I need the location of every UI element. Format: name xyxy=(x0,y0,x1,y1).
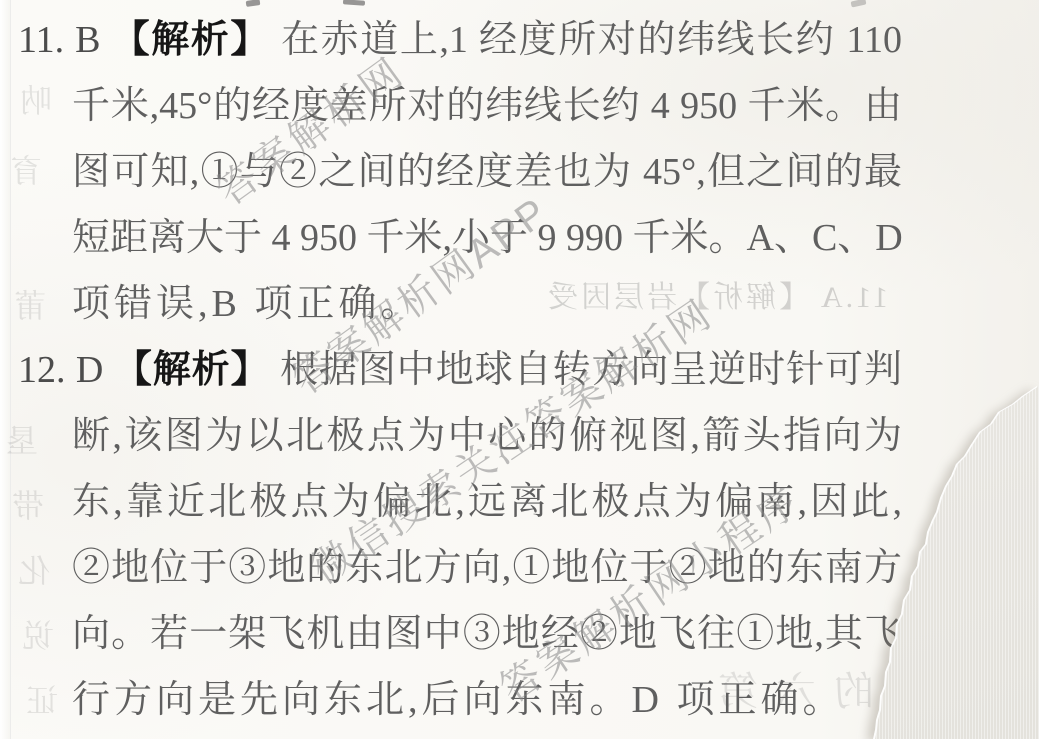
question-number: 11. B xyxy=(18,19,101,61)
answer-line: 11. B 【解析】 在赤道上,1 经度所对的纬线长约 110 xyxy=(18,7,902,73)
analysis-tag: 【解析】 xyxy=(114,349,270,391)
answer-line: 图可知,①与②之间的经度差也为 45°,但之间的最 xyxy=(72,139,902,205)
analysis-tag: 【解析】 xyxy=(112,19,270,61)
answer-line: 行方向是先向东北,后向东南。D 项正确。 xyxy=(72,667,902,733)
answer-line: ②地位于③地的东北方向,①地位于②地的东南方 xyxy=(72,535,902,601)
question-number: 12. D xyxy=(18,349,103,391)
answer-line: 12. D 【解析】 根据图中地球自转方向呈逆时针可判 xyxy=(18,337,902,403)
answer-line: 千米,45°的经度差所对的纬线长约 4 950 千米。由 xyxy=(72,73,902,139)
answer-line: 向。若一架飞机由图中③地经②地飞往①地,其飞 xyxy=(72,601,902,667)
answer-line: 项错误,B 项正确。 xyxy=(72,271,902,337)
answer-text-column: 11. B 【解析】 在赤道上,1 经度所对的纬线长约 110 千米,45°的经… xyxy=(0,7,902,733)
